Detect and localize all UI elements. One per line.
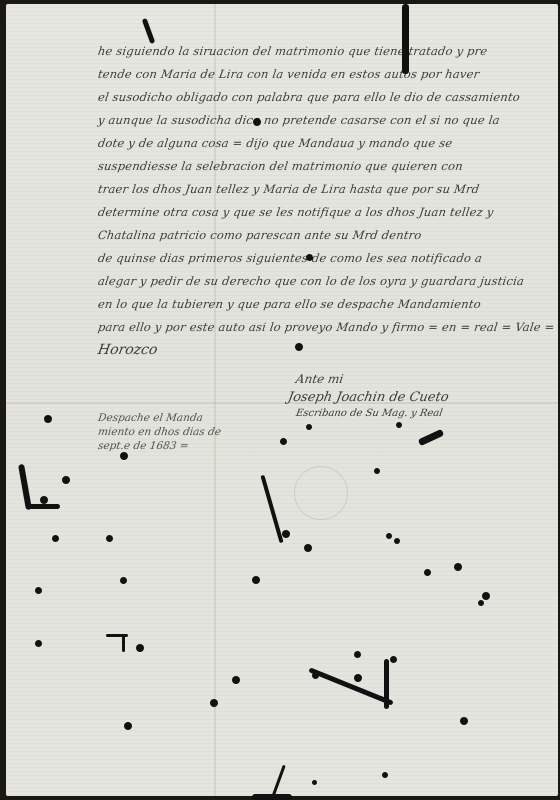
- notary-title: Escribano de Su Mag. y Real: [295, 408, 443, 419]
- witness-label: Ante mi: [295, 372, 345, 386]
- text-line: el susodicho obligado con palabra que pa…: [97, 90, 521, 104]
- text-line: de quinse dias primeros siguientes de co…: [97, 251, 483, 265]
- fold-crease-horizontal: [6, 402, 558, 404]
- text-line: dote y de alguna cosa = dijo que Mandaua…: [97, 136, 453, 150]
- text-line: determine otra cosa y que se les notifiq…: [97, 205, 494, 219]
- text-line: Chatalina patricio como parescan ante su…: [97, 228, 423, 242]
- text-line: traer los dhos Juan tellez y Maria de Li…: [97, 182, 480, 196]
- notary-name: Joseph Joachin de Cueto: [287, 390, 450, 405]
- margin-note-line: miento en dhos dias de: [97, 426, 222, 438]
- margin-note-line: sept.e de 1683 =: [97, 440, 189, 452]
- text-line: y aunque la susodicha dice no pretende c…: [97, 113, 501, 127]
- manuscript-page: he siguiendo la siruacion del matrimonio…: [6, 4, 558, 796]
- margin-note-line: Despache el Manda: [97, 412, 204, 424]
- text-line: he siguiendo la siruacion del matrimonio…: [97, 44, 488, 58]
- text-line: en lo que la tubieren y que para ello se…: [97, 297, 482, 311]
- left-signature: Horozco: [97, 342, 159, 358]
- text-line: para ello y por este auto asi lo proveyo…: [97, 320, 555, 334]
- faded-stamp: [294, 466, 348, 520]
- text-line: alegar y pedir de su derecho que con lo …: [97, 274, 525, 288]
- text-line: tende con Maria de Lira con la venida en…: [97, 67, 480, 81]
- text-line: suspendiesse la selebracion del matrimon…: [97, 159, 464, 173]
